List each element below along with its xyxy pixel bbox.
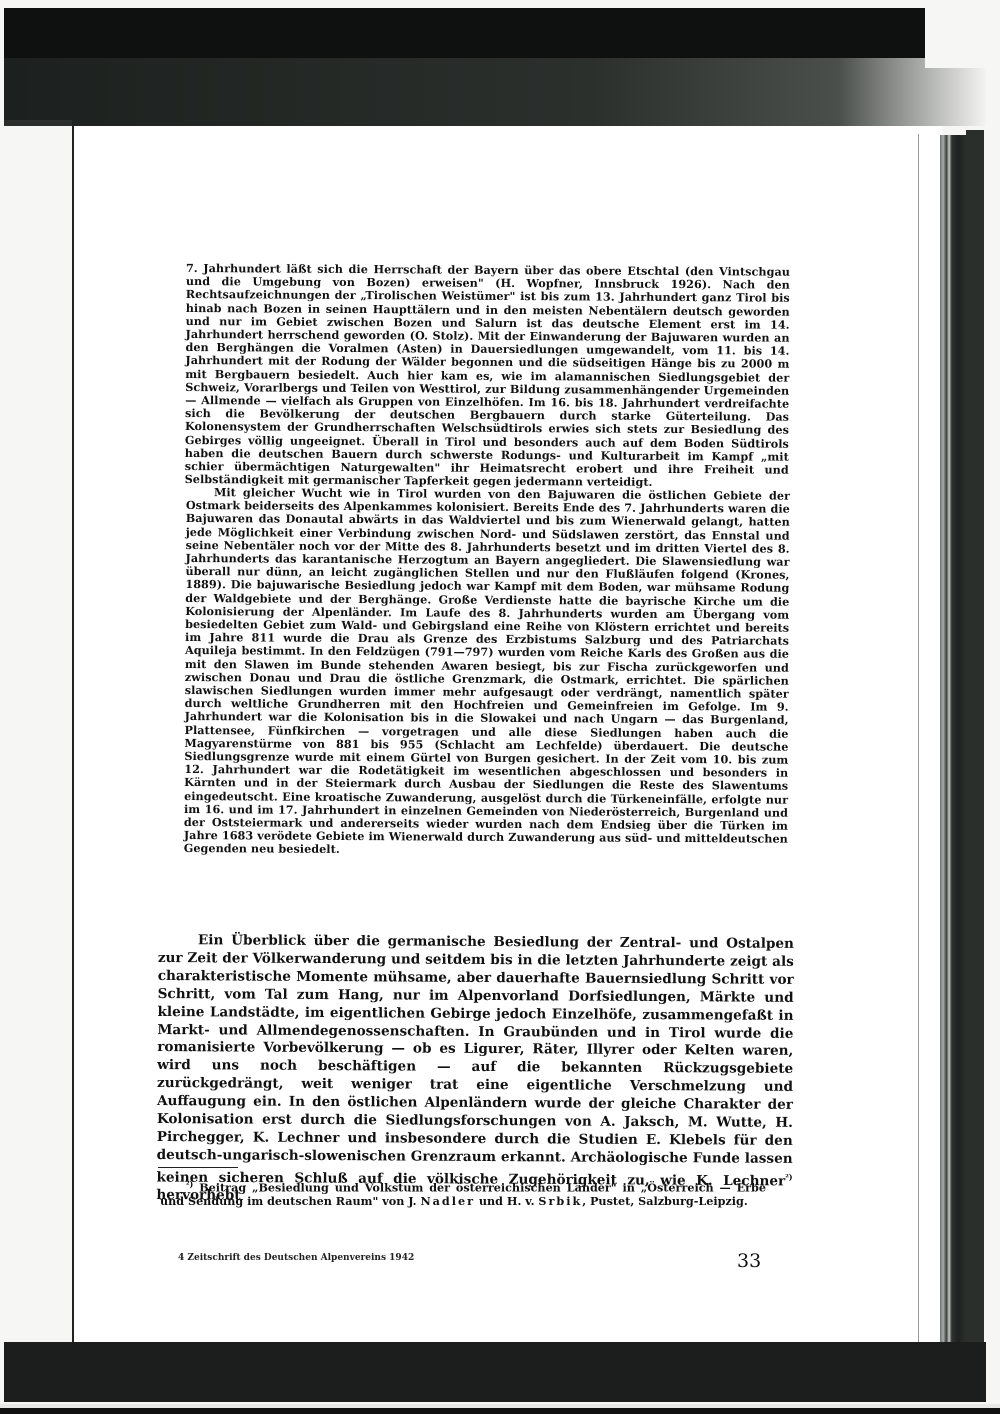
footnote: ²) Beitrag „Besiedlung und Volkstum der … — [160, 1178, 766, 1207]
footnote-author: Srbik — [538, 1194, 582, 1208]
paragraph-text: Ein Überblick über die germanische Besie… — [156, 932, 794, 1189]
page-number: 33 — [737, 1250, 761, 1272]
footnote-text: , Pustet, Salzburg-Leipzig. — [582, 1194, 748, 1208]
book-page-edges — [940, 135, 966, 1355]
book-top-edge-shadow — [4, 58, 986, 126]
paragraph: Mit gleicher Wucht wie in Tirol wurden v… — [184, 486, 790, 859]
body-text-small: 7. Jahrhundert läßt sich die Herrschaft … — [186, 262, 790, 856]
footnote-text: und H. v. — [475, 1194, 538, 1208]
paragraph: 7. Jahrhundert läßt sich die Herrschaft … — [185, 262, 790, 490]
footnote-author: Nadler — [420, 1194, 475, 1208]
book-cover-edge — [966, 130, 984, 1360]
scanner-strip — [4, 120, 72, 126]
running-footer: 4 Zeitschrift des Deutschen Alpenvereins… — [178, 1253, 414, 1263]
footnote-reference: ²) — [785, 1172, 792, 1182]
paragraph: Ein Überblick über die germanische Besie… — [156, 932, 794, 1209]
page-fold-line — [918, 134, 919, 1354]
footnote-divider — [158, 1167, 238, 1168]
body-text-large: Ein Überblick über die germanische Besie… — [156, 932, 794, 1209]
scan-bottom-line — [0, 1408, 1000, 1414]
scanner-bottom-shadow — [4, 1342, 986, 1402]
scan-margin-right — [986, 0, 1000, 140]
